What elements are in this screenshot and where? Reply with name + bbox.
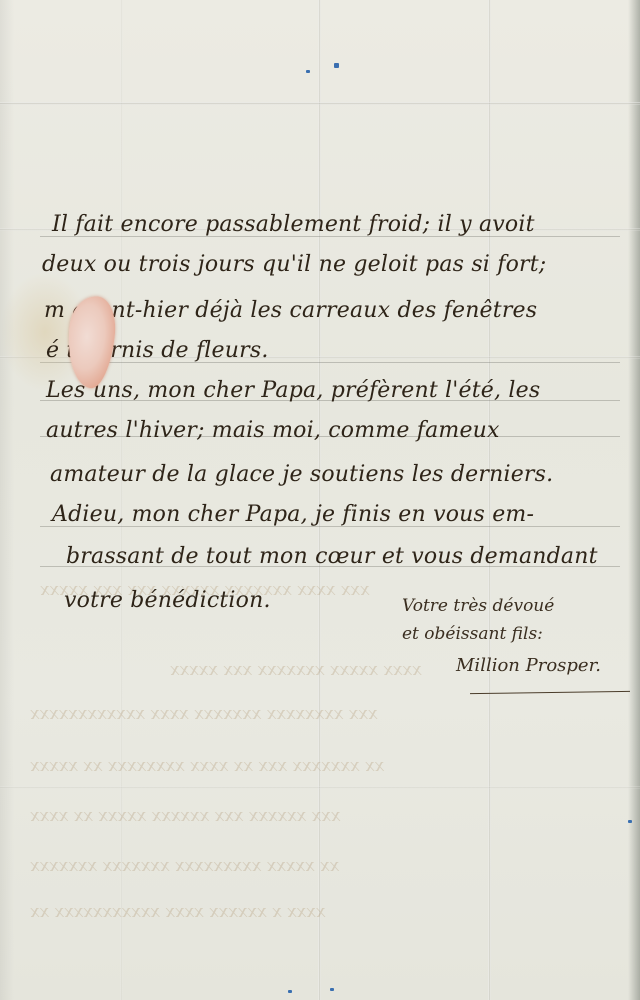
letter-line: Adieu, mon cher Papa, je finis en vous e… (52, 502, 534, 527)
signature-underline (470, 691, 630, 694)
letter-text: Il fait encore passablement froid; il y … (0, 0, 640, 1000)
letter-line: deux ou trois jours qu'il ne geloit pas … (42, 252, 546, 277)
letter-line: brassant de tout mon cœur et vous demand… (66, 544, 598, 569)
letter-line: amateur de la glace je soutiens les dern… (50, 462, 553, 487)
signature: Million Prosper. (456, 655, 601, 676)
letter-line: Il fait encore passablement froid; il y … (52, 212, 535, 237)
closing-line: Votre très dévoué (402, 596, 554, 616)
letter-line: votre bénédiction. (64, 588, 271, 613)
letter-line: autres l'hiver; mais moi, comme fameux (46, 418, 500, 443)
letter-line: m avant-hier déjà les carreaux des fenêt… (44, 298, 537, 323)
letter-page: xxxx xxxxx xxxxxxx xxx xxxxx xxx xxxxxxx… (0, 0, 640, 1000)
letter-line: Les uns, mon cher Papa, préfèrent l'été,… (46, 378, 540, 403)
closing-line: et obéissant fils: (402, 624, 543, 644)
